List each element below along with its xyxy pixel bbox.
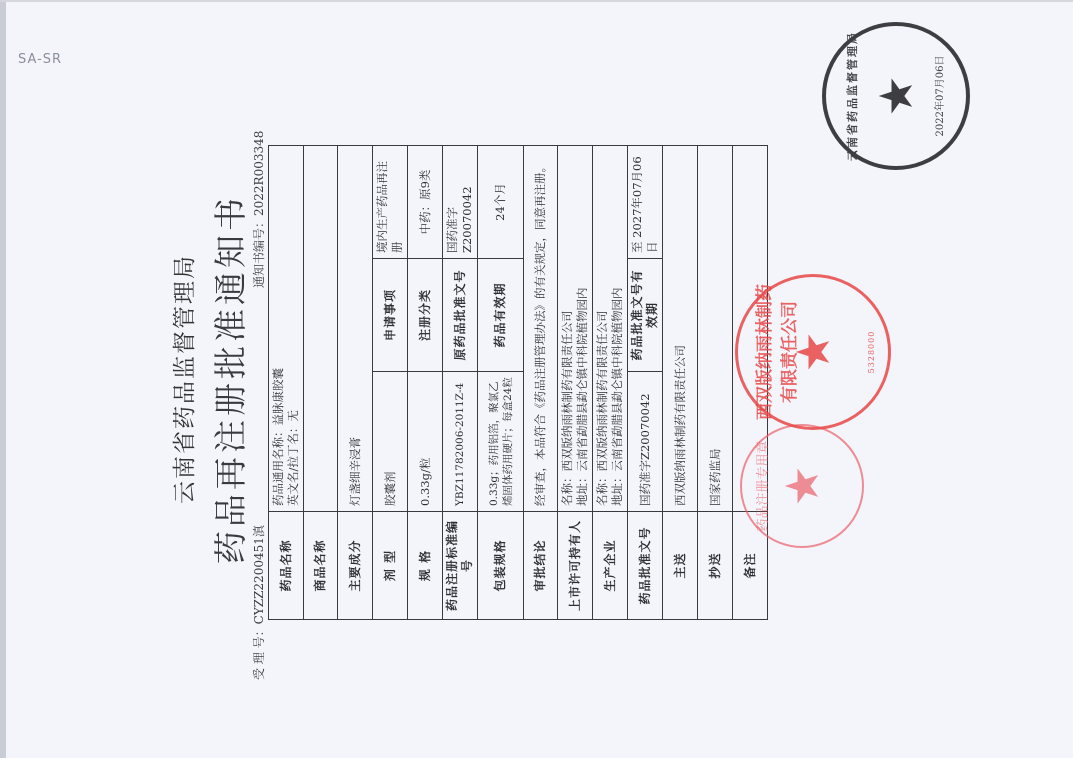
standard-number-label: 药品注册标准编号 — [443, 512, 478, 620]
application-type-value: 境内生产药品再注册 — [373, 145, 408, 258]
common-name-label: 药品通用名称： — [271, 426, 285, 507]
approval-number-value: 国药准字Z20070042 — [628, 372, 663, 512]
table-row: 上市许可持有人 名称：西双版纳雨林制药有限责任公司 地址：云南省勐腊县勐仑镇中科… — [558, 145, 593, 619]
packaging-label: 包装规格 — [478, 512, 524, 620]
notice-value: 2022R003348 — [252, 131, 266, 216]
english-name-label: 英文名/拉丁名： — [286, 422, 300, 506]
notice-label: 通知书编号： — [252, 216, 266, 288]
mah-name-label: 名称： — [560, 472, 574, 507]
approval-number-label: 药品批准文号 — [628, 512, 663, 620]
drug-name-value: 药品通用名称：益脉康胶囊 英文名/拉丁名：无 — [269, 145, 304, 511]
manufacturer-label: 生产企业 — [593, 512, 628, 620]
registration-category-value: 中药：原9类 — [408, 145, 443, 258]
star-icon: ★ — [790, 331, 836, 372]
seal-text: 云南省药品监督管理局 — [844, 26, 860, 166]
table-row: 药品名称 药品通用名称：益脉康胶囊 英文名/拉丁名：无 — [269, 145, 304, 619]
trade-name-label: 商品名称 — [304, 512, 338, 620]
notice-number: 通知书编号：2022R003348 — [250, 131, 267, 288]
table-row: 备注 — [733, 145, 768, 619]
table-row: 剂 型 胶囊剂 申请事项 境内生产药品再注册 — [373, 145, 408, 619]
mah-value: 名称：西双版纳雨林制药有限责任公司 地址：云南省勐腊县勐仑镇中科院植物园内 — [558, 145, 593, 511]
table-row: 规 格 0.33g/粒 注册分类 中药：原9类 — [408, 145, 443, 619]
dosage-form-value: 胶囊剂 — [373, 372, 408, 512]
conclusion-value: 经审查，本品符合《药品注册管理办法》的有关规定，同意再注册。 — [524, 145, 558, 511]
common-name: 益脉康胶囊 — [271, 368, 285, 426]
acceptance-value: CYZZ2200451滇 — [252, 525, 266, 624]
main-ingredient-value: 灯盏细辛浸膏 — [338, 145, 373, 511]
table-row: 审批结论 经审查，本品符合《药品注册管理办法》的有关规定，同意再注册。 — [524, 145, 558, 619]
handwritten-note: SA-SR — [18, 52, 62, 67]
star-icon: ★ — [779, 465, 825, 506]
acceptance-label: 受 理 号： — [252, 624, 266, 680]
manufacturer-name-label: 名称： — [595, 472, 609, 507]
shelf-life-value: 24个月 — [478, 145, 524, 258]
approval-validity-value: 至 2027年07月06日 — [628, 145, 663, 258]
issuing-agency: 云南省药品监督管理局 — [166, 0, 199, 758]
original-approval-value: 国药准字Z20070042 — [443, 145, 478, 258]
original-approval-label: 原药品批准文号 — [443, 259, 478, 372]
standard-number-value: YBZ11782006-2011Z-4 — [443, 372, 478, 512]
cc-label: 抄送 — [698, 512, 733, 620]
application-type-label: 申请事项 — [373, 259, 408, 372]
registration-category-label: 注册分类 — [408, 259, 443, 372]
table-row: 主要成分 灯盏细辛浸膏 — [338, 145, 373, 619]
notice-page: SA-SR 云南省药品监督管理局 药品再注册批准通知书 受 理 号：CYZZ22… — [0, 0, 1073, 758]
mah-address: 云南省勐腊县勐仑镇中科院植物园内 — [575, 288, 589, 472]
drug-name-label: 药品名称 — [269, 512, 304, 620]
table-row: 药品批准文号 国药准字Z20070042 药品批准文号有效期 至 2027年07… — [628, 145, 663, 619]
seal-date: 2022年07月06日 — [931, 26, 946, 166]
shelf-life-label: 药品有效期 — [478, 259, 524, 372]
send-to-label: 主送 — [663, 512, 698, 620]
dosage-form-label: 剂 型 — [373, 512, 408, 620]
manufacturer-address-label: 地址： — [610, 472, 624, 507]
acceptance-number: 受 理 号：CYZZ2200451滇 — [250, 525, 267, 680]
approval-validity-label: 药品批准文号有效期 — [628, 259, 663, 372]
mah-name: 西双版纳雨林制药有限责任公司 — [560, 311, 574, 472]
remarks-label: 备注 — [733, 512, 768, 620]
manufacturer-address: 云南省勐腊县勐仑镇中科院植物园内 — [610, 288, 624, 472]
table-row: 药品注册标准编号 YBZ11782006-2011Z-4 原药品批准文号 国药准… — [443, 145, 478, 619]
main-ingredient-label: 主要成分 — [338, 512, 373, 620]
specification-value: 0.33g/粒 — [408, 372, 443, 512]
manufacturer-value: 名称：西双版纳雨林制药有限责任公司 地址：云南省勐腊县勐仑镇中科院植物园内 — [593, 145, 628, 511]
remarks-value — [733, 145, 768, 511]
star-icon: ★ — [873, 75, 919, 116]
trade-name-value — [304, 145, 338, 511]
agency-seal-stamp: 云南省药品监督管理局 ★ 2022年07月06日 — [822, 22, 970, 170]
specification-label: 规 格 — [408, 512, 443, 620]
table-row: 生产企业 名称：西双版纳雨林制药有限责任公司 地址：云南省勐腊县勐仑镇中科院植物… — [593, 145, 628, 619]
cc-value: 国家药监局 — [698, 145, 733, 511]
conclusion-label: 审批结论 — [524, 512, 558, 620]
send-to-value: 西双版纳雨林制药有限责任公司 — [663, 145, 698, 511]
mah-label: 上市许可持有人 — [558, 512, 593, 620]
seal-code: 5328000 — [867, 277, 876, 427]
mah-address-label: 地址： — [575, 472, 589, 507]
table-row: 主送 西双版纳雨林制药有限责任公司 — [663, 145, 698, 619]
document-title: 药品再注册批准通知书 — [205, 0, 252, 758]
table-row: 抄送 国家药监局 — [698, 145, 733, 619]
registration-table: 药品名称 药品通用名称：益脉康胶囊 英文名/拉丁名：无 商品名称 主要成分 灯盏… — [268, 145, 768, 620]
english-name: 无 — [286, 410, 300, 422]
table-row: 商品名称 — [304, 145, 338, 619]
packaging-value: 0.33g；药用铝箔，聚氯乙烯固体药用硬片；每盒24粒 — [478, 372, 524, 512]
manufacturer-name: 西双版纳雨林制药有限责任公司 — [595, 311, 609, 472]
table-row: 包装规格 0.33g；药用铝箔，聚氯乙烯固体药用硬片；每盒24粒 药品有效期 2… — [478, 145, 524, 619]
